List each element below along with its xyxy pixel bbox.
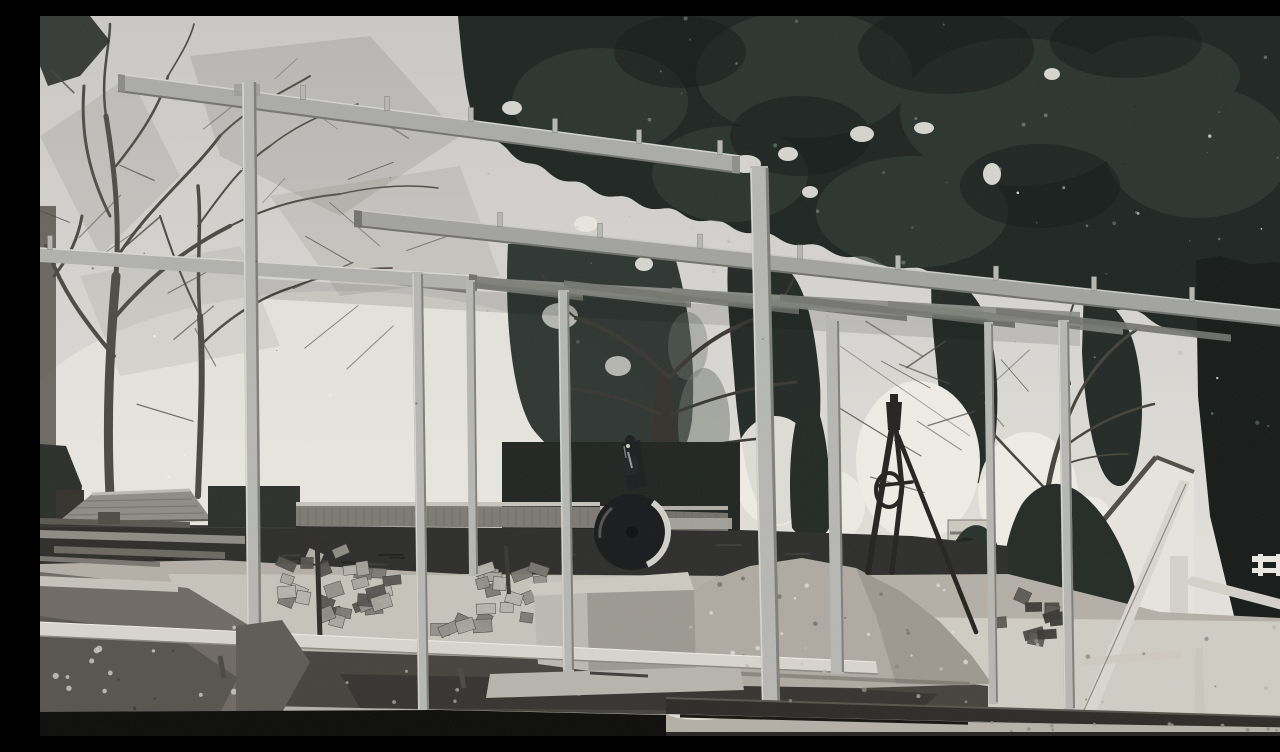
film-speck xyxy=(92,267,95,270)
film-speck xyxy=(1198,158,1199,159)
film-speck xyxy=(255,261,257,263)
film-speck xyxy=(524,483,526,485)
film-speck xyxy=(276,350,277,351)
film-speck xyxy=(415,403,417,405)
film-speck xyxy=(810,346,811,347)
film-speck xyxy=(143,252,145,254)
construction-photo: Construction site photograph xyxy=(40,16,1280,736)
photo-canvas: Construction site photograph xyxy=(40,16,1280,736)
film-speck xyxy=(1117,382,1119,384)
film-speck xyxy=(1268,102,1270,104)
film-speck xyxy=(1109,394,1111,396)
film-speck xyxy=(647,94,649,96)
film-speck xyxy=(1123,163,1125,165)
film-speck xyxy=(639,480,642,483)
film-speck xyxy=(1134,105,1137,108)
film-speck xyxy=(390,177,391,178)
film-speck xyxy=(1104,397,1105,398)
film-speck xyxy=(762,338,764,340)
film-grain xyxy=(40,16,1280,736)
